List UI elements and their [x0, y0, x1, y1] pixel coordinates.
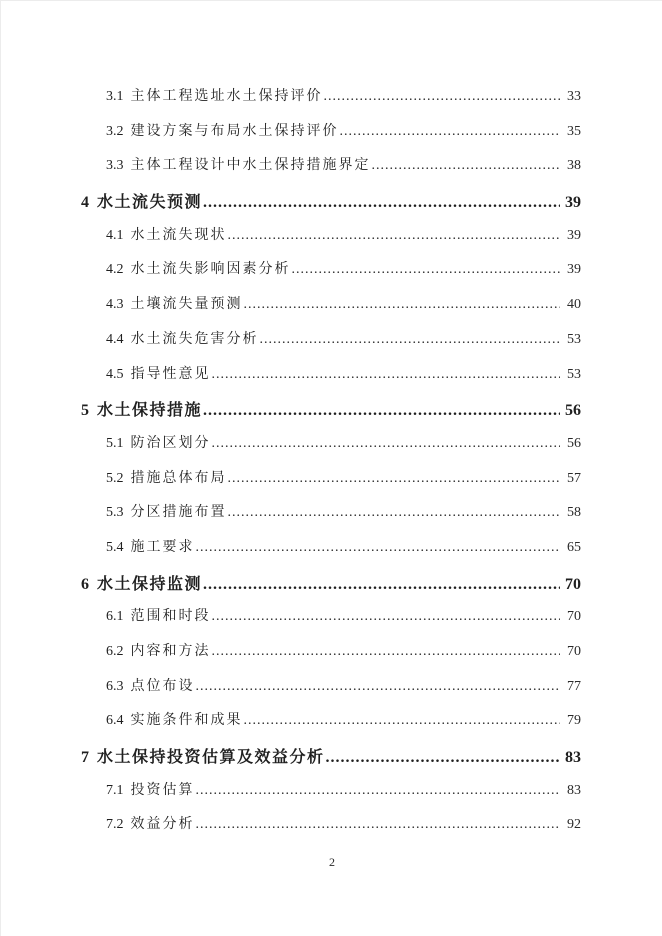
- toc-entry-page: 35: [560, 124, 581, 140]
- toc-entry-title: 水土保持措施: [97, 397, 202, 420]
- toc-entry-title: 建设方案与布局水土保持评价: [131, 120, 339, 140]
- toc-entry-title: 土壤流失量预测: [131, 293, 243, 313]
- toc-entry-page: 70: [560, 576, 581, 594]
- footer-page-number: 2: [329, 855, 335, 869]
- page-footer: 2: [1, 855, 662, 870]
- toc-entry-page: 39: [560, 228, 581, 244]
- document-page: 3.1 主体工程选址水土保持评价 33 3.2 建设方案与布局水土保持评价 35…: [0, 0, 662, 936]
- dot-leader: [212, 609, 561, 625]
- toc-entry[interactable]: 5.3 分区措施布置 58: [81, 501, 581, 536]
- toc-entry[interactable]: 5 水土保持措施 56: [81, 397, 581, 432]
- toc-entry-page: 33: [560, 89, 581, 105]
- toc-entry-page: 70: [560, 644, 581, 660]
- dot-leader: [340, 124, 561, 140]
- toc-entry-title: 防治区划分: [131, 432, 211, 452]
- toc-entry[interactable]: 6.4 实施条件和成果 79: [81, 709, 581, 744]
- toc-entry-title: 投资估算: [131, 779, 195, 799]
- dot-leader: [228, 471, 561, 487]
- toc-entry-title: 指导性意见: [131, 363, 211, 383]
- toc-entry-page: 92: [560, 817, 581, 833]
- dot-leader: [203, 402, 560, 420]
- toc-entry[interactable]: 3.3 主体工程设计中水土保持措施界定 38: [81, 154, 581, 189]
- toc-entry-page: 65: [560, 540, 581, 556]
- toc-entry-number: 4: [81, 194, 89, 212]
- dot-leader: [228, 505, 561, 521]
- toc-entry[interactable]: 4 水土流失预测 39: [81, 189, 581, 224]
- toc-entry-title: 水土流失现状: [131, 224, 227, 244]
- toc-entry-page: 40: [560, 297, 581, 313]
- toc-entry-page: 39: [560, 194, 581, 212]
- toc-entry-page: 56: [560, 436, 581, 452]
- toc-entry[interactable]: 5.1 防治区划分 56: [81, 432, 581, 467]
- dot-leader: [212, 644, 561, 660]
- toc-entry-title: 内容和方法: [131, 640, 211, 660]
- toc-entry-title: 范围和时段: [131, 605, 211, 625]
- toc-entry-title: 主体工程设计中水土保持措施界定: [131, 154, 371, 174]
- dot-leader: [212, 367, 561, 383]
- toc-entry-title: 水土流失影响因素分析: [131, 258, 291, 278]
- toc-entry-page: 56: [560, 402, 581, 420]
- toc-entry-page: 70: [560, 609, 581, 625]
- dot-leader: [244, 297, 561, 313]
- toc-entry-page: 53: [560, 367, 581, 383]
- toc-entry-number: 4.5: [106, 367, 124, 383]
- toc-entry-number: 6.2: [106, 644, 124, 660]
- toc-entry-number: 3.3: [106, 158, 124, 174]
- toc-entry[interactable]: 5.4 施工要求 65: [81, 536, 581, 571]
- toc-entry-number: 4.1: [106, 228, 124, 244]
- toc-entry-number: 5.3: [106, 505, 124, 521]
- toc-entry-number: 7.1: [106, 783, 124, 799]
- dot-leader: [372, 158, 561, 174]
- toc-entry-page: 79: [560, 713, 581, 729]
- toc-entry-title: 施工要求: [131, 536, 195, 556]
- toc-entry-title: 水土保持投资估算及效益分析: [97, 744, 325, 767]
- toc-entry-title: 水土保持监测: [97, 571, 202, 594]
- toc-entry-number: 6.1: [106, 609, 124, 625]
- toc-entry[interactable]: 7 水土保持投资估算及效益分析 83: [81, 744, 581, 779]
- toc-entry-number: 6: [81, 576, 89, 594]
- toc-entry-title: 实施条件和成果: [131, 709, 243, 729]
- toc-entry-number: 5.4: [106, 540, 124, 556]
- dot-leader: [196, 817, 561, 833]
- toc-entry-number: 6.4: [106, 713, 124, 729]
- toc-entry-page: 39: [560, 262, 581, 278]
- toc-entry[interactable]: 4.3 土壤流失量预测 40: [81, 293, 581, 328]
- dot-leader: [244, 713, 561, 729]
- toc-entry-number: 7: [81, 749, 89, 767]
- toc-entry[interactable]: 7.2 效益分析 92: [81, 813, 581, 848]
- toc-entry-page: 57: [560, 471, 581, 487]
- dot-leader: [292, 262, 561, 278]
- toc-entry[interactable]: 4.4 水土流失危害分析 53: [81, 328, 581, 363]
- toc-entry[interactable]: 4.5 指导性意见 53: [81, 363, 581, 398]
- toc-entry-title: 效益分析: [131, 813, 195, 833]
- toc-entry-page: 53: [560, 332, 581, 348]
- toc-entry-number: 5: [81, 402, 89, 420]
- toc-entry-title: 水土流失危害分析: [131, 328, 259, 348]
- toc-entry-number: 3.1: [106, 89, 124, 105]
- dot-leader: [203, 194, 560, 212]
- dot-leader: [196, 783, 561, 799]
- toc-entry[interactable]: 6.1 范围和时段 70: [81, 605, 581, 640]
- toc-entry[interactable]: 6 水土保持监测 70: [81, 571, 581, 606]
- toc-entry-title: 措施总体布局: [131, 467, 227, 487]
- toc-entry[interactable]: 3.1 主体工程选址水土保持评价 33: [81, 85, 581, 120]
- toc-entry-number: 3.2: [106, 124, 124, 140]
- toc-entry-number: 4.4: [106, 332, 124, 348]
- toc-entry-number: 6.3: [106, 679, 124, 695]
- dot-leader: [228, 228, 561, 244]
- dot-leader: [196, 540, 561, 556]
- dot-leader: [196, 679, 561, 695]
- dot-leader: [260, 332, 561, 348]
- toc-entry[interactable]: 7.1 投资估算 83: [81, 779, 581, 814]
- dot-leader: [326, 749, 560, 767]
- toc-entry[interactable]: 6.2 内容和方法 70: [81, 640, 581, 675]
- toc-entry-title: 主体工程选址水土保持评价: [131, 85, 323, 105]
- toc-entry-number: 4.2: [106, 262, 124, 278]
- toc-entry-number: 4.3: [106, 297, 124, 313]
- toc-entry-page: 83: [560, 783, 581, 799]
- toc-entry-number: 5.1: [106, 436, 124, 452]
- toc-entry-page: 77: [560, 679, 581, 695]
- dot-leader: [203, 576, 560, 594]
- toc-entry-number: 5.2: [106, 471, 124, 487]
- toc-entry-page: 83: [560, 749, 581, 767]
- toc-entry[interactable]: 4.1 水土流失现状 39: [81, 224, 581, 259]
- toc-entry-title: 水土流失预测: [97, 189, 202, 212]
- dot-leader: [324, 89, 561, 105]
- toc-entry[interactable]: 4.2 水土流失影响因素分析 39: [81, 258, 581, 293]
- toc-entry-page: 38: [560, 158, 581, 174]
- dot-leader: [212, 436, 561, 452]
- toc-entry-number: 7.2: [106, 817, 124, 833]
- toc-entry-title: 分区措施布置: [131, 501, 227, 521]
- toc-entry[interactable]: 3.2 建设方案与布局水土保持评价 35: [81, 120, 581, 155]
- toc-entry[interactable]: 5.2 措施总体布局 57: [81, 467, 581, 502]
- table-of-contents: 3.1 主体工程选址水土保持评价 33 3.2 建设方案与布局水土保持评价 35…: [81, 85, 581, 848]
- toc-entry[interactable]: 6.3 点位布设 77: [81, 675, 581, 710]
- toc-entry-page: 58: [560, 505, 581, 521]
- toc-entry-title: 点位布设: [131, 675, 195, 695]
